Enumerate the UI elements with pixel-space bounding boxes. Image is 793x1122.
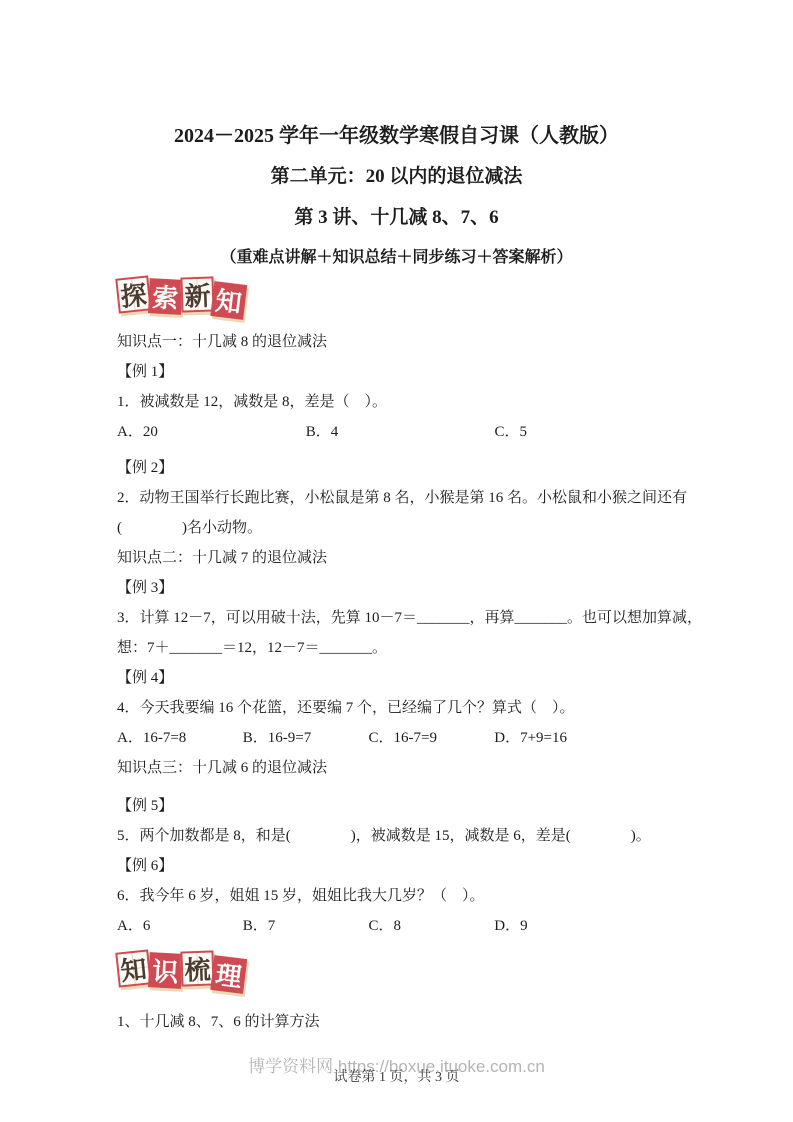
example-3-label: 【例 3】 <box>117 573 717 603</box>
question-5-text: 5．两个加数都是 8，和是( )，被减数是 15，减数是 6，差是( )。 <box>117 821 717 851</box>
q4-option-d: D．7+9=16 <box>494 723 567 753</box>
q1-option-b: B．4 <box>306 417 491 447</box>
summary-method-heading: 1、十几减 8、7、6 的计算方法 <box>117 1007 793 1037</box>
doc-title: 2024－2025 学年一年级数学寒假自习课（人教版） <box>0 116 793 156</box>
q4-option-b: B．16-9=7 <box>243 723 365 753</box>
knowledge-point-2-heading: 知识点二：十几减 7 的退位减法 <box>117 543 717 573</box>
badge-tile: 新 <box>180 276 214 312</box>
page-indicator: 试卷第 1 页，共 3 页 <box>0 1067 793 1089</box>
badge-tile: 理 <box>210 955 247 994</box>
example-6-label: 【例 6】 <box>117 851 717 881</box>
q6-option-c: C．8 <box>369 911 491 941</box>
knowledge-point-1-heading: 知识点一：十几减 8 的退位减法 <box>117 327 717 357</box>
question-6-text: 6．我今年 6 岁，姐姐 15 岁，姐姐比我大几岁？（ ）。 <box>117 881 717 911</box>
example-5-label: 【例 5】 <box>117 791 717 821</box>
q4-option-a: A．16-7=8 <box>117 723 239 753</box>
badge-explore-new-knowledge: 探 索 新 知 <box>117 277 793 325</box>
question-3-text-line2: 想：7＋_______＝12，12－7＝_______。 <box>117 633 717 663</box>
badge-tile: 梳 <box>180 950 214 986</box>
q1-option-a: A．20 <box>117 417 302 447</box>
worksheet-page: 2024－2025 学年一年级数学寒假自习课（人教版） 第二单元：20 以内的退… <box>0 0 793 1122</box>
question-1-options: A．20 B．4 C．5 <box>117 417 717 447</box>
question-2-text-line1: 2．动物王国举行长跑比赛，小松鼠是第 8 名，小猴是第 16 名。小松鼠和小猴之… <box>117 483 717 513</box>
knowledge-point-3-heading: 知识点三：十几减 6 的退位减法 <box>117 753 717 783</box>
doc-subtitle-unit: 第二单元：20 以内的退位减法 <box>0 156 793 197</box>
worksheet-body: 知识点一：十几减 8 的退位减法 【例 1】 1．被减数是 12，减数是 8，差… <box>117 327 717 941</box>
question-2-text-line2: ( )名小动物。 <box>117 513 717 543</box>
badge-tile: 知 <box>210 281 247 320</box>
badge-tile: 知 <box>115 949 151 987</box>
question-1-text: 1．被减数是 12，减数是 8，差是（ ）。 <box>117 387 717 417</box>
doc-subtitle-lesson: 第 3 讲、十几减 8、7、6 <box>0 197 793 239</box>
q4-option-c: C．16-7=9 <box>369 723 491 753</box>
q6-option-d: D．9 <box>494 911 527 941</box>
example-4-label: 【例 4】 <box>117 663 717 693</box>
document-header: 2024－2025 学年一年级数学寒假自习课（人教版） 第二单元：20 以内的退… <box>0 0 793 277</box>
q1-option-c: C．5 <box>495 417 528 447</box>
badge-knowledge-review: 知 识 梳 理 <box>117 951 793 999</box>
doc-subtitle-note: （重难点讲解＋知识总结＋同步练习＋答案解析） <box>0 239 793 277</box>
question-6-options: A．6 B．7 C．8 D．9 <box>117 911 717 941</box>
q6-option-b: B．7 <box>243 911 365 941</box>
example-2-label: 【例 2】 <box>117 453 717 483</box>
question-4-text: 4．今天我要编 16 个花篮，还要编 7 个，已经编了几个？算式（ ）。 <box>117 693 717 723</box>
question-4-options: A．16-7=8 B．16-9=7 C．16-7=9 D．7+9=16 <box>117 723 717 753</box>
q6-option-a: A．6 <box>117 911 239 941</box>
example-1-label: 【例 1】 <box>117 357 717 387</box>
badge-tile: 探 <box>115 275 151 313</box>
badge-tile: 识 <box>148 952 183 989</box>
question-3-text-line1: 3．计算 12－7，可以用破十法，先算 10－7＝_______，再算_____… <box>117 603 717 633</box>
badge-tile: 索 <box>148 278 183 315</box>
